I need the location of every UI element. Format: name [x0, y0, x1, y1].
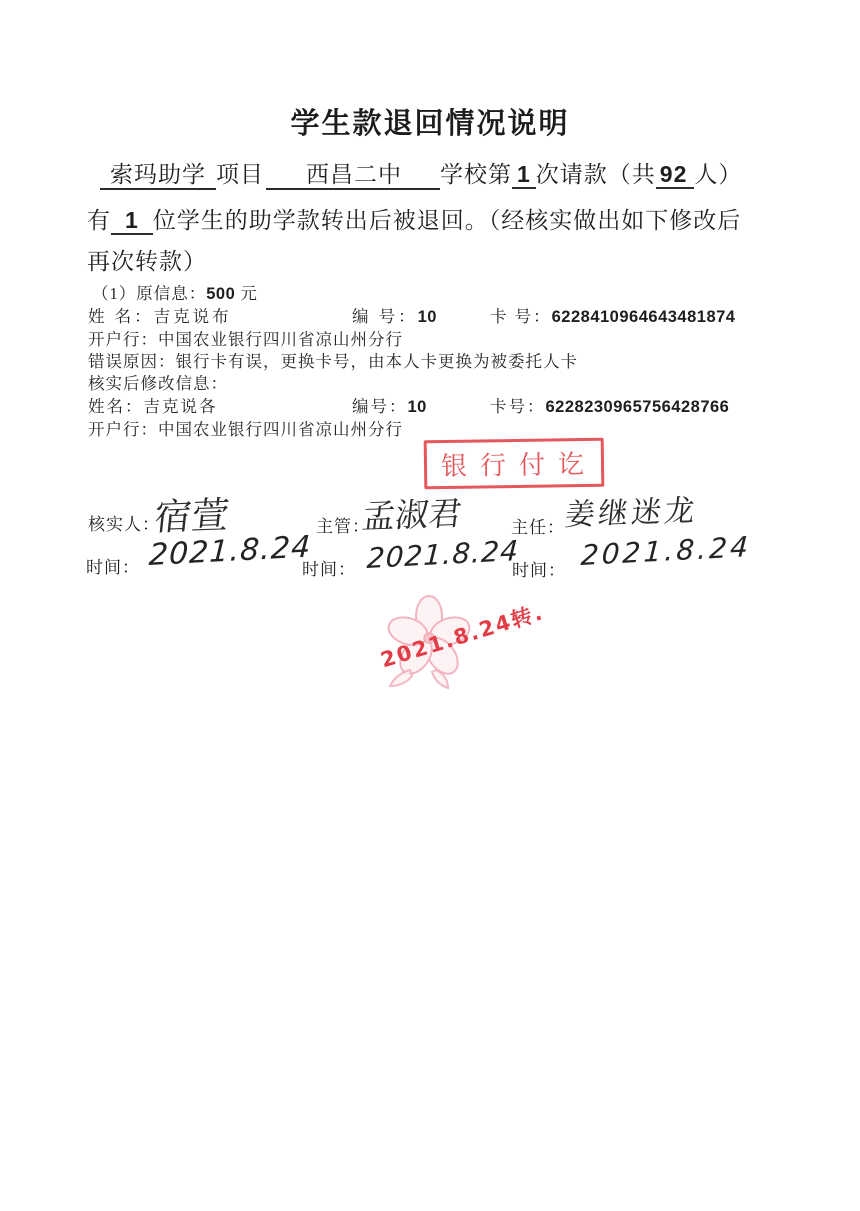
returned-count-underlined: 1 — [111, 207, 153, 235]
revised-name-field: 姓名：吉克说各 — [88, 393, 218, 417]
director-date-handwritten: 2021.8.24 — [580, 530, 752, 572]
revised-card-label: 卡号： — [490, 397, 546, 416]
verifier-signature: 宿萱 — [152, 484, 232, 541]
verifier-date-handwritten: 2021.8.24 — [148, 530, 312, 573]
people-label: 人） — [694, 162, 742, 187]
request-label: 次请款（共 — [536, 162, 656, 187]
project-name-underlined: 索玛助学 — [100, 162, 216, 190]
people-count-underlined: 92 — [656, 161, 695, 189]
header-line: 索玛助学项目西昌二中学校第1次请款（共92人） — [100, 156, 742, 190]
original-info-heading: （1）原信息：500 元 — [92, 280, 258, 304]
revised-name-value: 吉克说各 — [144, 397, 218, 416]
revised-bank-line: 开户行：中国农业银行四川省凉山州分行 — [88, 416, 403, 440]
original-card-label: 卡 号： — [490, 307, 552, 326]
body-line-1: 有1位学生的助学款转出后被退回。（经核实做出如下修改后 — [87, 202, 741, 235]
revised-no-label: 编号： — [352, 397, 408, 416]
verifier-time-label: 时间： — [86, 553, 140, 578]
original-name-value: 吉克说布 — [154, 307, 232, 326]
supervisor-time-label: 时间： — [302, 555, 356, 580]
page-title: 学生款退回情况说明 — [0, 101, 860, 142]
original-bank-line: 开户行：中国农业银行四川省凉山州分行 — [88, 326, 403, 350]
error-reason-line: 错误原因：银行卡有误，更换卡号，由本人卡更换为被委托人卡 — [88, 348, 578, 372]
body-line-2: 再次转款） — [87, 243, 207, 276]
request-times-underlined: 1 — [512, 161, 536, 189]
school-label: 学校第 — [440, 162, 512, 187]
revised-no-value: 10 — [408, 398, 427, 416]
original-no-value: 10 — [418, 308, 437, 326]
body-post: 位学生的助学款转出后被退回。（经核实做出如下修改后 — [153, 208, 742, 233]
original-name-field: 姓 名：吉克说布 — [88, 303, 232, 327]
director-time-label: 时间： — [512, 556, 566, 581]
bank-paid-stamp: 银行付讫 — [424, 438, 605, 490]
project-label: 项目 — [216, 162, 264, 187]
original-amount: 500 — [206, 285, 235, 303]
original-heading-label: （1）原信息： — [92, 284, 206, 303]
revised-name-label: 姓名： — [88, 397, 144, 416]
revised-info-heading: 核实后修改信息： — [88, 370, 228, 394]
original-no-field: 编 号：10 — [352, 303, 437, 327]
revised-card-number: 6228230965756428766 — [546, 398, 730, 416]
director-signature: 姜继迷龙 — [563, 485, 700, 534]
original-card-field: 卡 号：6228410964643481874 — [490, 303, 735, 327]
original-card-number: 6228410964643481874 — [552, 308, 736, 326]
supervisor-date-handwritten: 2021.8.24 — [366, 534, 520, 575]
body-pre: 有 — [87, 208, 111, 233]
original-name-label: 姓 名： — [88, 307, 154, 326]
supervisor-signature: 孟淑君 — [360, 488, 464, 538]
original-amount-unit: 元 — [240, 284, 258, 303]
verifier-label: 核实人： — [88, 510, 160, 535]
scanned-document-page: { "title": "学生款退回情况说明", "header": { "pro… — [0, 0, 860, 1211]
revised-card-field: 卡号：6228230965756428766 — [490, 393, 729, 417]
revised-no-field: 编号：10 — [352, 393, 427, 417]
school-name-underlined: 西昌二中 — [266, 162, 440, 190]
original-no-label: 编 号： — [352, 307, 418, 326]
